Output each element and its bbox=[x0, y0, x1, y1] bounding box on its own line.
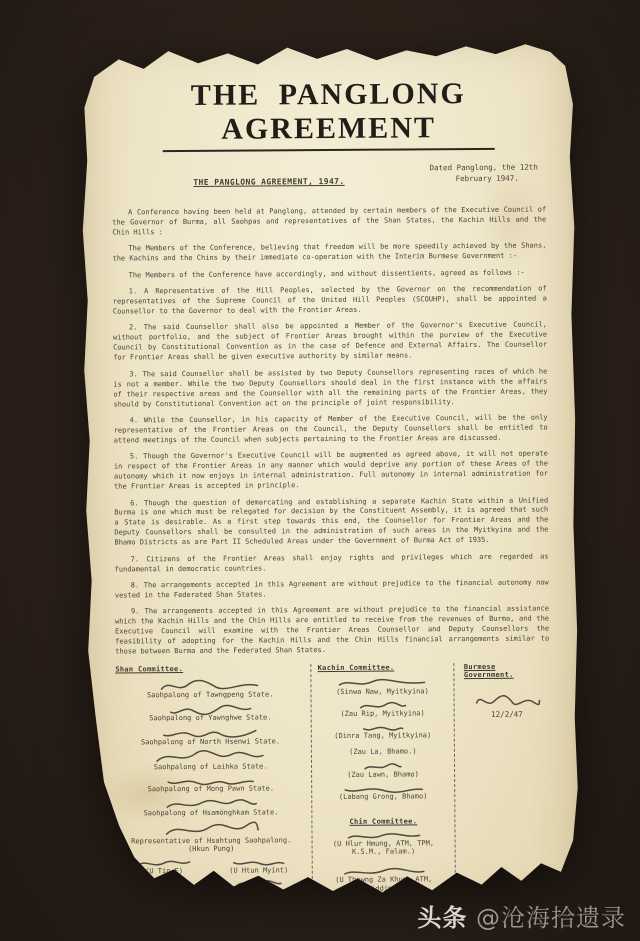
rep-note: (Hkun Pung) bbox=[117, 845, 306, 854]
signature-icon bbox=[133, 878, 195, 891]
signer-label: (U Thawng Za Khup, ATM, Tiddim.) bbox=[319, 875, 448, 893]
signature-row: 12/2/47 bbox=[464, 689, 550, 720]
signer-label: (U Hlur Hmung, ATM, TPM, K.S.M., Falam.) bbox=[319, 839, 448, 857]
agreement-paper-wrap: THE PANGLONG AGREEMENT Dated Panglong, t… bbox=[82, 36, 578, 912]
signature-row: Saohpalong of Tawngpeng State. bbox=[115, 676, 304, 700]
signature-row: (U Thawng Za Khup, ATM, Tiddim.) bbox=[319, 864, 448, 893]
photo-background: THE PANGLONG AGREEMENT Dated Panglong, t… bbox=[0, 0, 640, 941]
signer-label: (U Tin E) bbox=[117, 867, 212, 876]
signature-row: Saohpalong of Yawnghwe State. bbox=[116, 701, 305, 723]
signer-label: (Zau La, Bhamo.) bbox=[318, 748, 447, 758]
signer-label: (Hkun Htee) bbox=[212, 908, 307, 917]
burmese-government-column: Burmese Government. 12/2/47 bbox=[454, 663, 551, 924]
signer-label: Saohpalong of Hsamönghkam State. bbox=[116, 808, 305, 818]
signer-label: (Labang Grong, Bhamo) bbox=[319, 792, 448, 802]
signature-row: (U Htun Myint) bbox=[211, 857, 306, 876]
watermark-handle: @沧海拾遗录 bbox=[476, 904, 626, 932]
signature-row: (Hkun Htee) bbox=[212, 898, 307, 917]
signature-date: 12/2/47 bbox=[464, 710, 550, 720]
signature-icon bbox=[236, 898, 282, 911]
signer-label: (Zau Rip, Myitkyina) bbox=[318, 709, 447, 719]
chin-committee-title: Chin Committee. bbox=[319, 817, 448, 826]
agreement-paragraph: 1. A Representative of the Hill Peoples,… bbox=[113, 285, 547, 318]
signer-label: Saohpalong of Yawnghwe State. bbox=[116, 713, 305, 723]
signer-label: (Dinra Tang, Myitkyina) bbox=[318, 731, 447, 741]
paper-content: THE PANGLONG AGREEMENT Dated Panglong, t… bbox=[79, 34, 581, 941]
signature-row: (U Hlur Hmung, ATM, TPM, K.S.M., Falam.) bbox=[319, 829, 448, 857]
date-line-1: Dated Panglong, the 12th bbox=[429, 162, 537, 174]
signature-row: (Labang Grong, Bhamo) bbox=[318, 781, 447, 802]
signature-row: (Zau Rip, Myitkyina) bbox=[318, 698, 447, 719]
kachin-committee-column: Kachin Committee. (Sinwa Naw, Myitkyina)… bbox=[311, 663, 456, 924]
date-block: Dated Panglong, the 12th February 1947. bbox=[429, 162, 538, 185]
signer-label: Saohpalong of Tawngpeng State. bbox=[116, 690, 305, 700]
agreement-paragraph: 3. The said Counsellor shall be assisted… bbox=[113, 367, 547, 410]
signature-section: Shan Committee. Saohpalong of Tawngpeng … bbox=[115, 663, 551, 926]
agreement-paragraph: 9. The arrangements accepted in this Agr… bbox=[115, 605, 549, 658]
signature-icon bbox=[128, 899, 200, 913]
signer-label: (Hkun Saw). bbox=[212, 887, 307, 896]
signer-label: (Zau Lawn, Bhamo) bbox=[318, 770, 447, 780]
signer-label: Saohpalong of North Hsenwi State. bbox=[116, 737, 305, 747]
signature-row: (U Kya Bu) bbox=[117, 878, 212, 897]
signer-label: Saohpalong of Laihka State. bbox=[116, 763, 305, 773]
signature-row: (Dinra Tang, Myitkyina) bbox=[318, 720, 447, 741]
agreement-paragraph: 8. The arrangements accepted in this Agr… bbox=[115, 579, 549, 602]
date-line-2: February 1947. bbox=[430, 173, 538, 185]
heading-zone: Dated Panglong, the 12th February 1947. … bbox=[112, 159, 546, 208]
signature-row: (Sinwa Naw, Myitkyina) bbox=[318, 675, 447, 697]
title-underline bbox=[163, 148, 495, 152]
watermark: 头条 @沧海拾遗录 bbox=[417, 898, 626, 933]
signature-row: (Sao Yape Hpa) bbox=[117, 899, 212, 918]
shan-committee-column: Shan Committee. Saohpalong of Tawngpeng … bbox=[115, 664, 312, 926]
agreement-paragraph: 7. Citizens of the Frontier Areas shall … bbox=[115, 552, 549, 575]
agreement-paragraph: The Members of the Conference have accor… bbox=[113, 268, 547, 281]
signature-row: (Hkun Saw). bbox=[211, 877, 306, 896]
agreement-paragraph: 6. Though the question of demarcating an… bbox=[114, 496, 548, 549]
signer-label: (U Htun Myint) bbox=[211, 867, 306, 876]
signature-row: Saohpalong of Mong Pawn State. bbox=[116, 773, 305, 794]
extra-signers-grid: (U Tin E) (U Kya Bu) (Sao Yape Hpa) bbox=[117, 857, 307, 921]
agreement-paragraph: A Conference having been held at Panglon… bbox=[112, 205, 546, 238]
agreement-paragraph: 2. The said Counsellor shall also be app… bbox=[113, 321, 547, 364]
shan-committee-title: Shan Committee. bbox=[115, 664, 304, 673]
signer-label: Saohpalong of Mong Pawn State. bbox=[116, 784, 305, 794]
extra-signers-left: (U Tin E) (U Kya Bu) (Sao Yape Hpa) bbox=[117, 857, 212, 920]
agreement-paragraph: 5. Though the Governor's Executive Counc… bbox=[114, 450, 548, 493]
signature-row: (Zau La, Bhamo.) bbox=[318, 748, 447, 758]
kachin-committee-title: Kachin Committee. bbox=[318, 663, 447, 672]
signer-label: (Sinwa Naw, Myitkyina) bbox=[318, 687, 447, 697]
signature-icon bbox=[351, 903, 417, 916]
signature-icon bbox=[233, 877, 285, 890]
signer-label: (U Kya Bu) bbox=[117, 888, 212, 897]
signature-row: (U Tin E) bbox=[117, 857, 212, 876]
signature-row: Representative of Hsahtung Saohpalong. bbox=[116, 819, 305, 846]
extra-signers-right: (U Htun Myint) (Hkun Saw). (Hkun Htee) bbox=[211, 857, 306, 920]
agreement-heading: THE PANGLONG AGREEMENT, 1947. bbox=[112, 176, 426, 187]
agreement-body: A Conference having been held at Panglon… bbox=[112, 205, 549, 657]
agreement-paragraph: The Members of the Conference, believing… bbox=[112, 242, 546, 265]
document-title: THE PANGLONG AGREEMENT bbox=[111, 76, 545, 147]
signature-row: Saohpalong of North Hsenwi State. bbox=[116, 724, 305, 747]
signer-label: (Sao Yape Hpa) bbox=[117, 909, 212, 918]
watermark-brand: 头条 bbox=[417, 904, 467, 932]
signature-row: Saohpalong of Hsamönghkam State. bbox=[116, 795, 305, 818]
agreement-paper: THE PANGLONG AGREEMENT Dated Panglong, t… bbox=[79, 34, 581, 913]
agreement-paragraph: 4. While the Counsellor, in his capacity… bbox=[114, 413, 548, 446]
signature-row: (Zau Lawn, Bhamo) bbox=[318, 760, 447, 780]
signature-row: Saohpalong of Laihka State. bbox=[116, 748, 305, 773]
burmese-government-title: Burmese Government. bbox=[464, 663, 550, 680]
